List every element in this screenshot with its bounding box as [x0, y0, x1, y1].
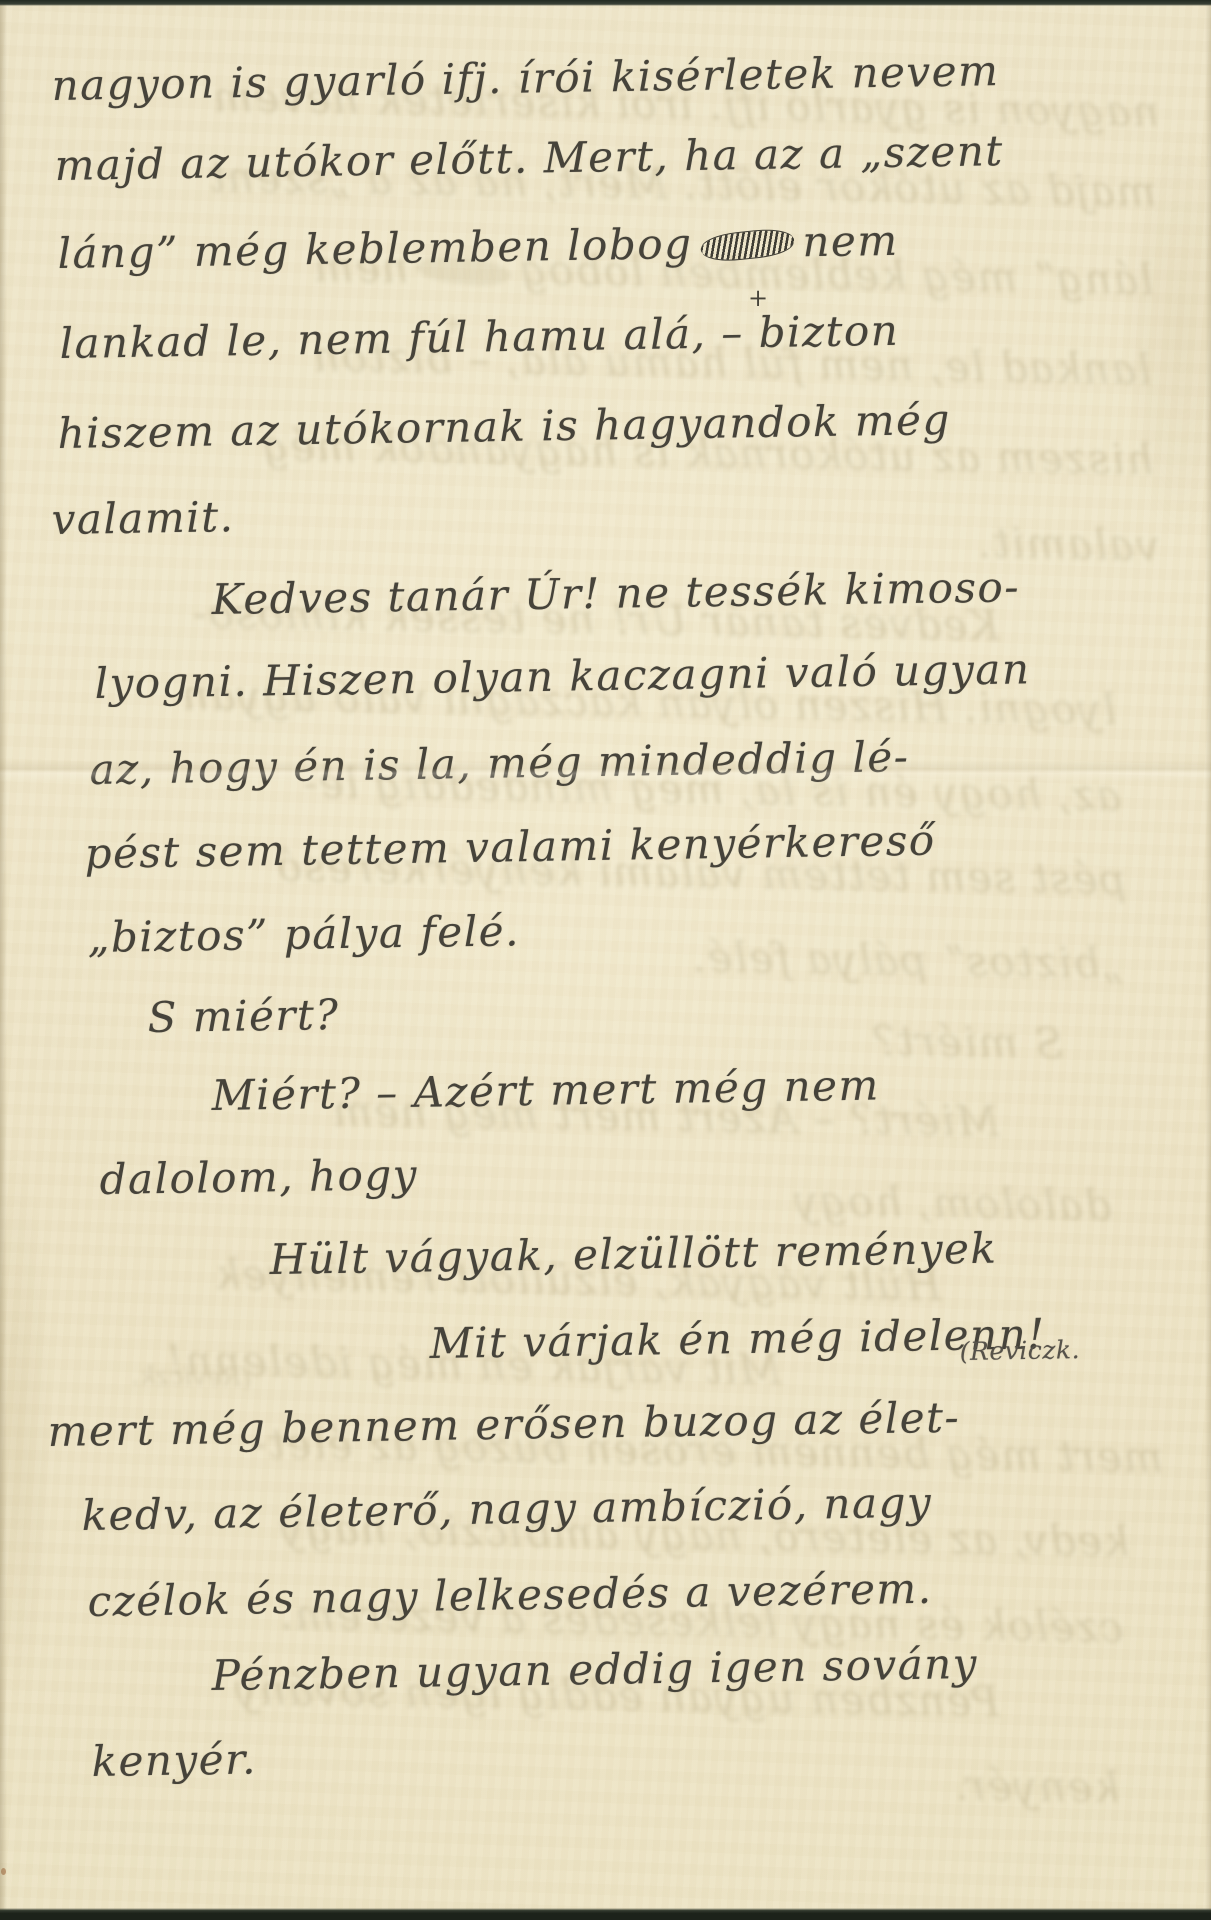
fold-crease [0, 760, 1211, 782]
line-text: láng” még keblemben lobog [57, 219, 693, 278]
line-text: nem [802, 216, 899, 267]
handwritten-line: pést sem tettem valami kenyérkereső [84, 817, 936, 879]
handwritten-line: Miért? – Azért mert még nem [211, 1062, 880, 1121]
handwritten-line: mert még bennem erősen buzog az élet- [47, 1394, 960, 1457]
verse-line: Hült vágyak, elzüllött remények [269, 1225, 998, 1285]
scan-edge-bottom [0, 1908, 1211, 1920]
handwritten-line: dalolom, hogy [99, 1151, 418, 1204]
verse-line: Mit várjak én még idelenn! [429, 1310, 1046, 1368]
paper-edge-left [0, 0, 7, 1920]
handwritten-line: hiszem az utókornak is hagyandok még [57, 396, 951, 458]
handwritten-line: Pénzben ugyan eddig igen sovány [211, 1640, 978, 1700]
insertion-mark: + [748, 284, 768, 312]
attribution-note: (Reviczk. [960, 1336, 1081, 1367]
handwritten-line: czélok és nagy lelkesedés a vezérem. [87, 1565, 933, 1627]
handwritten-line: kenyér. [91, 1735, 257, 1786]
scribble-strikethrough [699, 227, 795, 263]
handwritten-line: majd az utókor előtt. Mert, ha az a „sze… [54, 127, 1004, 190]
handwritten-line: láng” még keblemben lobognem [57, 217, 899, 279]
handwritten-line: S miért? [147, 991, 339, 1042]
scan-edge-top [0, 0, 1211, 6]
handwritten-line: kedv, az életerő, nagy ambíczió, nagy [81, 1479, 932, 1541]
handwritten-line: lyogni. Hiszen olyan kaczagni való ugyan [94, 645, 1031, 708]
handwritten-line: „biztos” pálya felé. [87, 907, 520, 962]
handwritten-line: lankad le, nem fúl hamu alá, – bizton [59, 307, 899, 368]
scanned-letter-page: nagyon is gyarló ifj. írói kisérletek ne… [0, 0, 1211, 1920]
handwritten-line: nagyon is gyarló ifj. írói kisérletek ne… [51, 47, 999, 110]
letter-text-layer: nagyon is gyarló ifj. írói kisérletek ne… [0, 0, 1211, 1920]
handwritten-line: valamit. [51, 493, 234, 544]
handwritten-line: Kedves tanár Úr! ne tessék kimoso- [211, 563, 1020, 624]
paper-edge-right [1205, 0, 1211, 1920]
